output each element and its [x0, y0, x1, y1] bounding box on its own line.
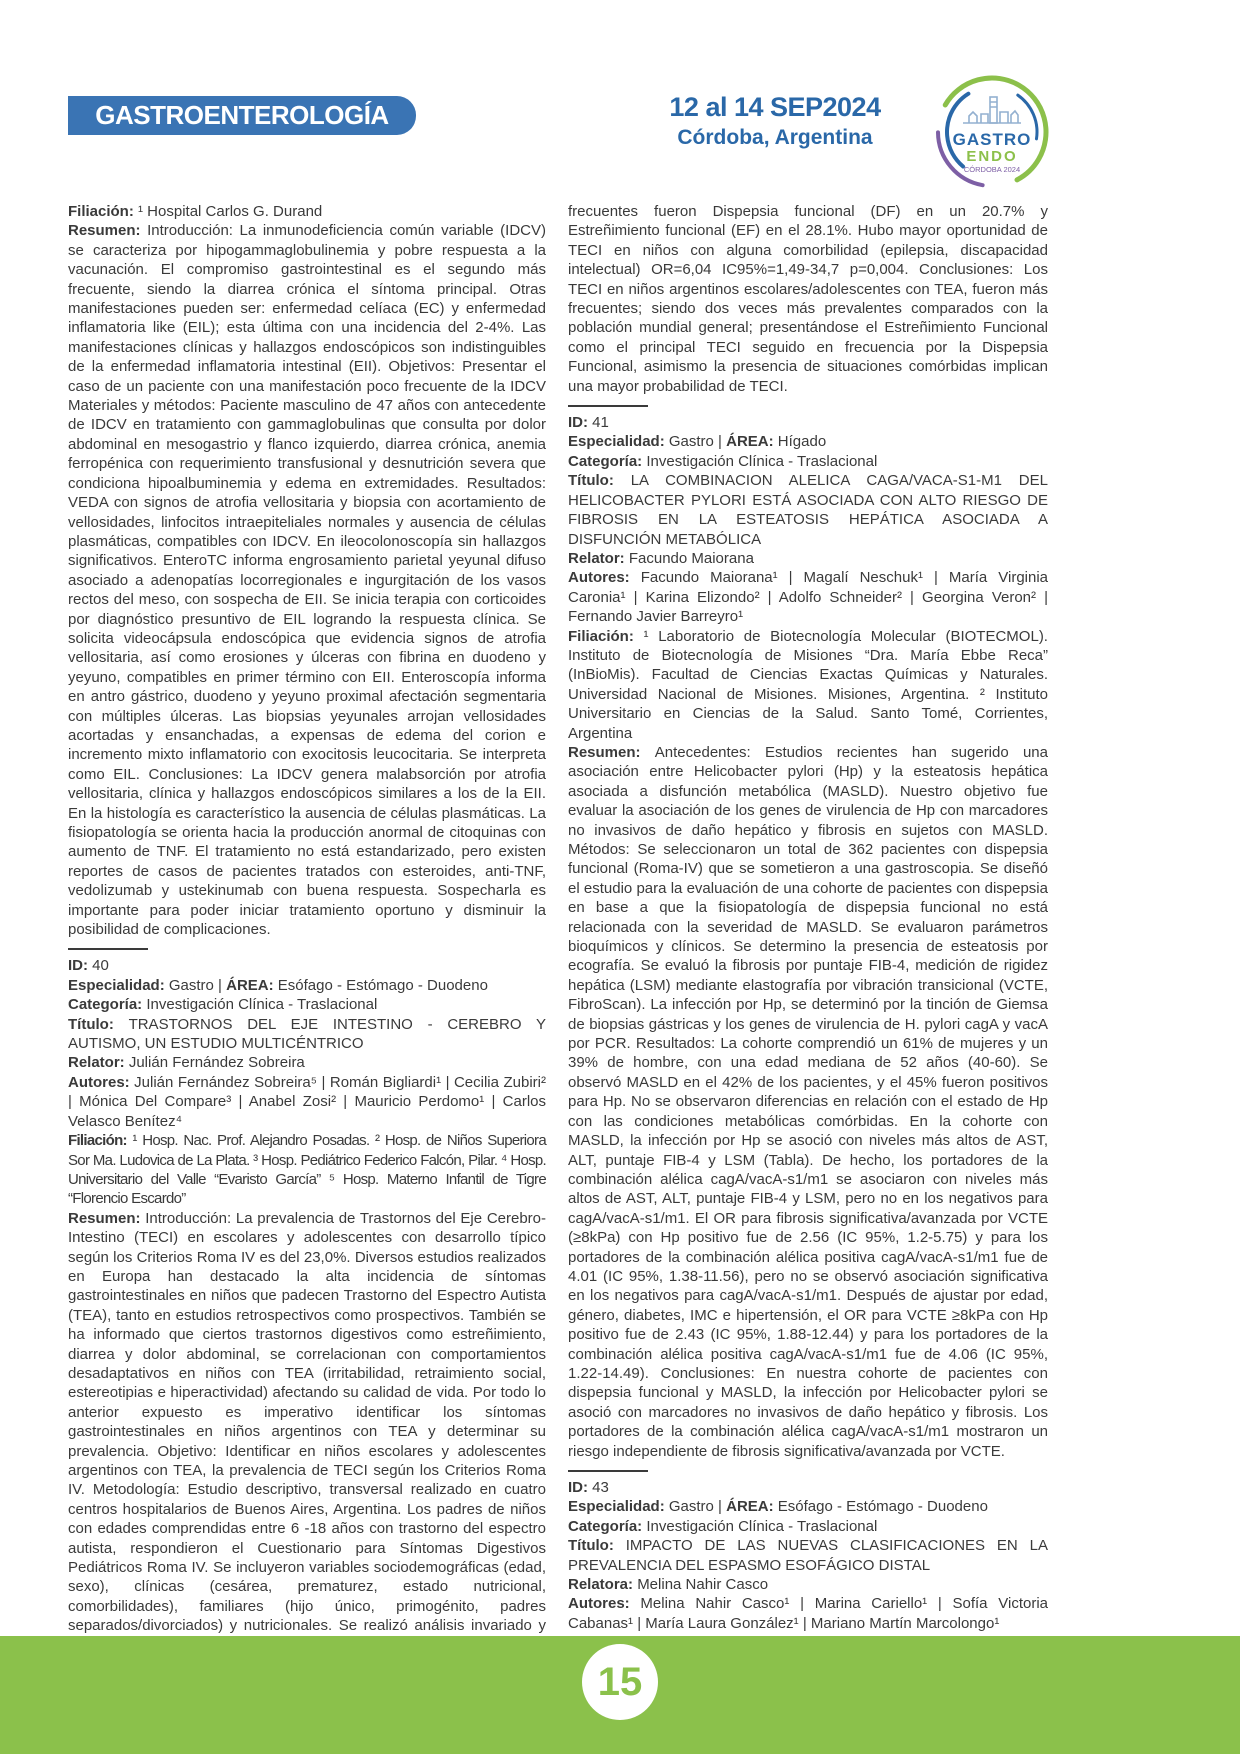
logo-rings-icon: GASTRO ENDO CÓRDOBA 2024 [933, 73, 1051, 191]
categoria-line: Categoría: Investigación Clínica - Trasl… [568, 452, 1048, 471]
field-label: Filiación: [68, 203, 138, 220]
filiacion-paragraph: Filiación: ¹ Hosp. Nac. Prof. Alejandro … [68, 1131, 546, 1209]
separator-line [568, 405, 648, 407]
text-run: Investigación Clínica - Traslacional [146, 996, 377, 1013]
autores-paragraph: Autores: Facundo Maiorana¹ | Magalí Nesc… [568, 568, 1048, 626]
logo-word-endo: ENDO [966, 148, 1017, 165]
titulo-paragraph: Título: LA COMBINACION ALELICA CAGA/VACA… [568, 471, 1048, 549]
field-label: Relatora: [568, 1576, 637, 1593]
field-label: Filiación: [568, 628, 644, 645]
text-run: Investigación Clínica - Traslacional [646, 1518, 877, 1535]
field-label: Autores: [68, 1074, 134, 1091]
text-run: ¹ Hosp. Nac. Prof. Alejandro Posadas. ² … [68, 1132, 546, 1207]
field-label: Relator: [568, 550, 629, 567]
section-banner: GASTROENTEROLOGÍA [68, 96, 416, 135]
field-label: Autores: [568, 1595, 640, 1612]
text-run: Melina Nahir Casco [637, 1576, 768, 1593]
text-run: ¹ Hospital Carlos G. Durand [138, 203, 322, 220]
field-label: Autores: [568, 569, 641, 586]
field-label: Resumen: [568, 744, 655, 761]
autores-paragraph: Autores: Melina Nahir Casco¹ | Marina Ca… [568, 1594, 1048, 1633]
field-label: Título: [568, 472, 631, 489]
field-label: Resumen: [68, 222, 147, 239]
field-label: Especialidad: [568, 1498, 669, 1515]
text-run: Facundo Maiorana¹ | Magalí Neschuk¹ | Ma… [568, 569, 1048, 625]
page-number: 15 [598, 1660, 643, 1705]
field-label: ID: [568, 414, 592, 431]
field-label: Resumen: [68, 1210, 145, 1227]
titulo-paragraph: Título: TRASTORNOS DEL EJE INTESTINO - C… [68, 1015, 546, 1054]
filiacion-paragraph: Filiación: ¹ Laboratorio de Biotecnologí… [568, 627, 1048, 743]
resumen-paragraph: Resumen: Introducción: La inmunodeficien… [68, 221, 546, 939]
field-label: Categoría: [568, 453, 646, 470]
resumen-paragraph: Resumen: Antecedentes: Estudios reciente… [568, 743, 1048, 1461]
relator-line: Relator: Facundo Maiorana [568, 549, 1048, 568]
logo-word-gastro: GASTRO [953, 130, 1032, 149]
field-label: Categoría: [568, 1518, 646, 1535]
text-run: TRASTORNOS DEL EJE INTESTINO - CEREBRO Y… [68, 1016, 546, 1052]
text-run: Melina Nahir Casco¹ | Marina Cariello¹ |… [568, 1595, 1048, 1631]
id-line: ID: 41 [568, 413, 1048, 432]
event-location: Córdoba, Argentina [645, 126, 905, 150]
field-label: ÁREA: [226, 977, 278, 994]
event-info: 12 al 14 SEP2024 Córdoba, Argentina [645, 92, 905, 150]
continuation-paragraph: frecuentes fueron Dispepsia funcional (D… [568, 202, 1048, 396]
text-run: LA COMBINACION ALELICA CAGA/VACA-S1-M1 D… [568, 472, 1048, 547]
text-run: Gastro | [669, 1498, 726, 1515]
conference-logo: GASTRO ENDO CÓRDOBA 2024 [933, 73, 1051, 191]
text-run: 43 [592, 1479, 609, 1496]
relator-line: Relatora: Melina Nahir Casco [568, 1575, 1048, 1594]
text-run: Julián Fernández Sobreira [129, 1054, 305, 1071]
especialidad-line: Especialidad: Gastro | ÁREA: Esófago - E… [68, 976, 546, 995]
field-label: ID: [68, 957, 92, 974]
especialidad-line: Especialidad: Gastro | ÁREA: Hígado [568, 432, 1048, 451]
titulo-paragraph: Título: IMPACTO DE LAS NUEVAS CLASIFICAC… [568, 1536, 1048, 1575]
text-run: Facundo Maiorana [629, 550, 754, 567]
text-run: Julián Fernández Sobreira⁵ | Román Bigli… [68, 1074, 546, 1130]
text-run: Antecedentes: Estudios recientes han sug… [568, 744, 1048, 1460]
field-label: Título: [568, 1537, 626, 1554]
column-left: Filiación: ¹ Hospital Carlos G. DurandRe… [68, 202, 546, 1752]
text-run: 41 [592, 414, 609, 431]
skyline-icon [963, 97, 1021, 123]
filiacion-line: Filiación: ¹ Hospital Carlos G. Durand [68, 202, 546, 221]
text-run: Gastro | [669, 433, 726, 450]
field-label: ID: [568, 1479, 592, 1496]
text-run: frecuentes fueron Dispepsia funcional (D… [568, 203, 1048, 395]
section-banner-title: GASTROENTEROLOGÍA [95, 100, 388, 131]
page-number-badge: 15 [582, 1644, 658, 1720]
field-label: Especialidad: [568, 433, 669, 450]
id-line: ID: 40 [68, 956, 546, 975]
categoria-line: Categoría: Investigación Clínica - Trasl… [568, 1517, 1048, 1536]
text-run: IMPACTO DE LAS NUEVAS CLASIFICACIONES EN… [568, 1537, 1048, 1573]
text-run: Introducción: La inmunodeficiencia común… [68, 222, 546, 938]
field-label: ÁREA: [726, 433, 778, 450]
field-label: Relator: [68, 1054, 129, 1071]
especialidad-line: Especialidad: Gastro | ÁREA: Esófago - E… [568, 1497, 1048, 1516]
field-label: Filiación: [68, 1132, 132, 1149]
event-date: 12 al 14 SEP2024 [645, 92, 905, 123]
field-label: ÁREA: [726, 1498, 778, 1515]
text-run: Esófago - Estómago - Duodeno [278, 977, 488, 994]
text-run: 40 [92, 957, 109, 974]
categoria-line: Categoría: Investigación Clínica - Trasl… [68, 995, 546, 1014]
field-label: Categoría: [68, 996, 146, 1013]
text-run: Esófago - Estómago - Duodeno [778, 1498, 988, 1515]
text-run: Investigación Clínica - Traslacional [646, 453, 877, 470]
separator-line [568, 1470, 648, 1472]
autores-paragraph: Autores: Julián Fernández Sobreira⁵ | Ro… [68, 1073, 546, 1131]
field-label: Especialidad: [68, 977, 169, 994]
id-line: ID: 43 [568, 1478, 1048, 1497]
logo-word-cordoba: CÓRDOBA 2024 [964, 165, 1020, 174]
text-run: Hígado [778, 433, 826, 450]
text-run: Gastro | [169, 977, 226, 994]
separator-line [68, 948, 148, 950]
column-right: frecuentes fueron Dispepsia funcional (D… [568, 202, 1048, 1730]
field-label: Título: [68, 1016, 129, 1033]
relator-line: Relator: Julián Fernández Sobreira [68, 1053, 546, 1072]
